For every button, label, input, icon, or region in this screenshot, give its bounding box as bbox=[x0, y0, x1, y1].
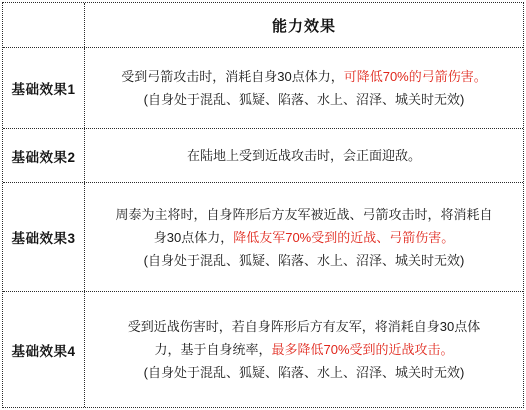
effect-2-line-1: 在陆地上受到近战攻击时，会正面迎敌。 bbox=[187, 144, 421, 167]
effect-2-description: 在陆地上受到近战攻击时，会正面迎敌。 bbox=[85, 129, 523, 182]
effect-3-text-1: 周泰为主将时，自身阵形后方友军被近战、弓箭攻击时，将消耗自 bbox=[115, 207, 492, 222]
effect-3-label: 基础效果3 bbox=[3, 183, 85, 291]
effect-2-label: 基础效果2 bbox=[3, 129, 85, 182]
effect-3-line-1: 周泰为主将时，自身阵形后方友军被近战、弓箭攻击时，将消耗自 bbox=[115, 203, 492, 226]
effect-4-condition-note: (自身处于混乱、狐疑、陷落、水上、沼泽、城关时无效) bbox=[144, 365, 465, 380]
effect-3-description: 周泰为主将时，自身阵形后方友军被近战、弓箭攻击时，将消耗自 身30点体力，降低友… bbox=[85, 183, 523, 291]
table-header-row: 能力效果 bbox=[3, 3, 523, 48]
effect-1-highlight-text: 可降低70%的弓箭伤害。 bbox=[344, 69, 487, 84]
table-row-effect-3: 基础效果3 周泰为主将时，自身阵形后方友军被近战、弓箭攻击时，将消耗自 身30点… bbox=[3, 183, 523, 292]
effect-4-line-3: (自身处于混乱、狐疑、陷落、水上、沼泽、城关时无效) bbox=[144, 361, 465, 384]
effect-1-text: 受到弓箭攻击时，消耗自身30点体力， bbox=[121, 69, 343, 84]
effect-3-text-2: 身30点体力， bbox=[154, 230, 233, 245]
effect-4-text-2: 力，基于自身统率， bbox=[154, 342, 271, 357]
effect-4-label: 基础效果4 bbox=[3, 292, 85, 407]
effect-3-highlight-text: 降低友军70%受到的近战、弓箭伤害。 bbox=[233, 230, 454, 245]
effect-2-text: 在陆地上受到近战攻击时，会正面迎敌。 bbox=[187, 148, 421, 163]
table-row-effect-2: 基础效果2 在陆地上受到近战攻击时，会正面迎敌。 bbox=[3, 129, 523, 183]
effect-4-line-2: 力，基于自身统率，最多降低70%受到的近战攻击。 bbox=[154, 338, 453, 361]
effect-4-highlight-text: 最多降低70%受到的近战攻击。 bbox=[271, 342, 453, 357]
effect-1-description: 受到弓箭攻击时，消耗自身30点体力，可降低70%的弓箭伤害。 (自身处于混乱、狐… bbox=[85, 48, 523, 128]
table-row-effect-1: 基础效果1 受到弓箭攻击时，消耗自身30点体力，可降低70%的弓箭伤害。 (自身… bbox=[3, 48, 523, 129]
effect-1-label: 基础效果1 bbox=[3, 48, 85, 128]
effect-3-condition-note: (自身处于混乱、狐疑、陷落、水上、沼泽、城关时无效) bbox=[144, 253, 465, 268]
effect-4-line-1: 受到近战伤害时，若自身阵形后方有友军，将消耗自身30点体 bbox=[128, 315, 480, 338]
effect-1-line-1: 受到弓箭攻击时，消耗自身30点体力，可降低70%的弓箭伤害。 bbox=[121, 65, 487, 88]
table-row-effect-4: 基础效果4 受到近战伤害时，若自身阵形后方有友军，将消耗自身30点体 力，基于自… bbox=[3, 292, 523, 407]
header-empty-cell bbox=[3, 3, 85, 47]
effect-4-description: 受到近战伤害时，若自身阵形后方有友军，将消耗自身30点体 力，基于自身统率，最多… bbox=[85, 292, 523, 407]
effect-4-text-1: 受到近战伤害时，若自身阵形后方有友军，将消耗自身30点体 bbox=[128, 319, 480, 334]
effect-3-line-3: (自身处于混乱、狐疑、陷落、水上、沼泽、城关时无效) bbox=[144, 249, 465, 272]
ability-effects-page: 能力效果 基础效果1 受到弓箭攻击时，消耗自身30点体力，可降低70%的弓箭伤害… bbox=[0, 0, 526, 410]
effect-1-condition-note: (自身处于混乱、狐疑、陷落、水上、沼泽、城关时无效) bbox=[144, 92, 465, 107]
effect-3-line-2: 身30点体力，降低友军70%受到的近战、弓箭伤害。 bbox=[154, 226, 455, 249]
ability-effects-table: 能力效果 基础效果1 受到弓箭攻击时，消耗自身30点体力，可降低70%的弓箭伤害… bbox=[2, 2, 524, 408]
table-title: 能力效果 bbox=[85, 3, 523, 47]
effect-1-line-2: (自身处于混乱、狐疑、陷落、水上、沼泽、城关时无效) bbox=[144, 88, 465, 111]
